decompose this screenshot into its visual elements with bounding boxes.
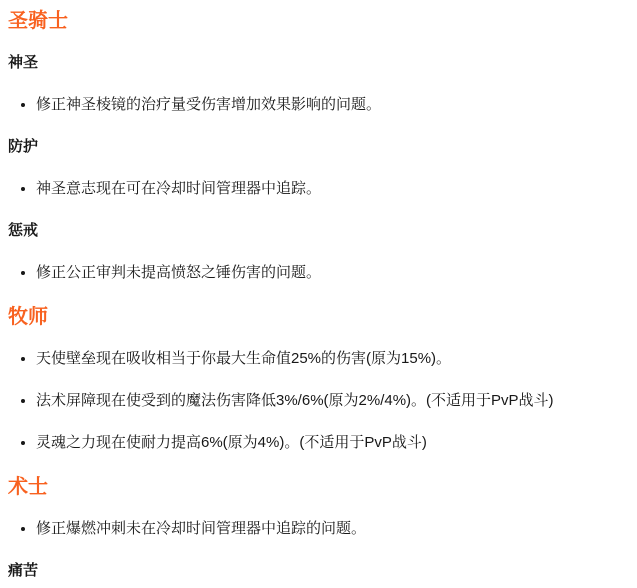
spec-heading-affliction: 痛苦 bbox=[8, 562, 625, 580]
notes-list-holy: 修正神圣棱镜的治疗量受伤害增加效果影响的问题。 bbox=[8, 96, 625, 114]
patch-note-item: 修正神圣棱镜的治疗量受伤害增加效果影响的问题。 bbox=[36, 96, 625, 114]
notes-list-retribution: 修正公正审判未提高愤怒之锤伤害的问题。 bbox=[8, 264, 625, 282]
class-heading-warlock: 术士 bbox=[8, 476, 625, 499]
spec-heading-protection: 防护 bbox=[8, 138, 625, 156]
notes-list-warlock: 修正爆燃冲刺未在冷却时间管理器中追踪的问题。 bbox=[8, 520, 625, 538]
patch-note-item: 神圣意志现在可在冷却时间管理器中追踪。 bbox=[36, 180, 625, 198]
class-heading-paladin: 圣骑士 bbox=[8, 10, 625, 33]
spec-heading-holy: 神圣 bbox=[8, 54, 625, 72]
notes-list-protection: 神圣意志现在可在冷却时间管理器中追踪。 bbox=[8, 180, 625, 198]
notes-list-priest: 天使壁垒现在吸收相当于你最大生命值25%的伤害(原为15%)。 法术屏障现在使受… bbox=[8, 350, 625, 452]
patch-note-item: 灵魂之力现在使耐力提高6%(原为4%)。(不适用于PvP战斗) bbox=[36, 434, 625, 452]
class-heading-priest: 牧师 bbox=[8, 306, 625, 329]
patch-note-item: 天使壁垒现在吸收相当于你最大生命值25%的伤害(原为15%)。 bbox=[36, 350, 625, 368]
patch-note-item: 修正公正审判未提高愤怒之锤伤害的问题。 bbox=[36, 264, 625, 282]
patch-note-item: 法术屏障现在使受到的魔法伤害降低3%/6%(原为2%/4%)。(不适用于PvP战… bbox=[36, 392, 625, 410]
spec-heading-retribution: 惩戒 bbox=[8, 222, 625, 240]
patch-note-item: 修正爆燃冲刺未在冷却时间管理器中追踪的问题。 bbox=[36, 520, 625, 538]
patch-notes-page: 圣骑士 神圣 修正神圣棱镜的治疗量受伤害增加效果影响的问题。 防护 神圣意志现在… bbox=[8, 10, 625, 580]
